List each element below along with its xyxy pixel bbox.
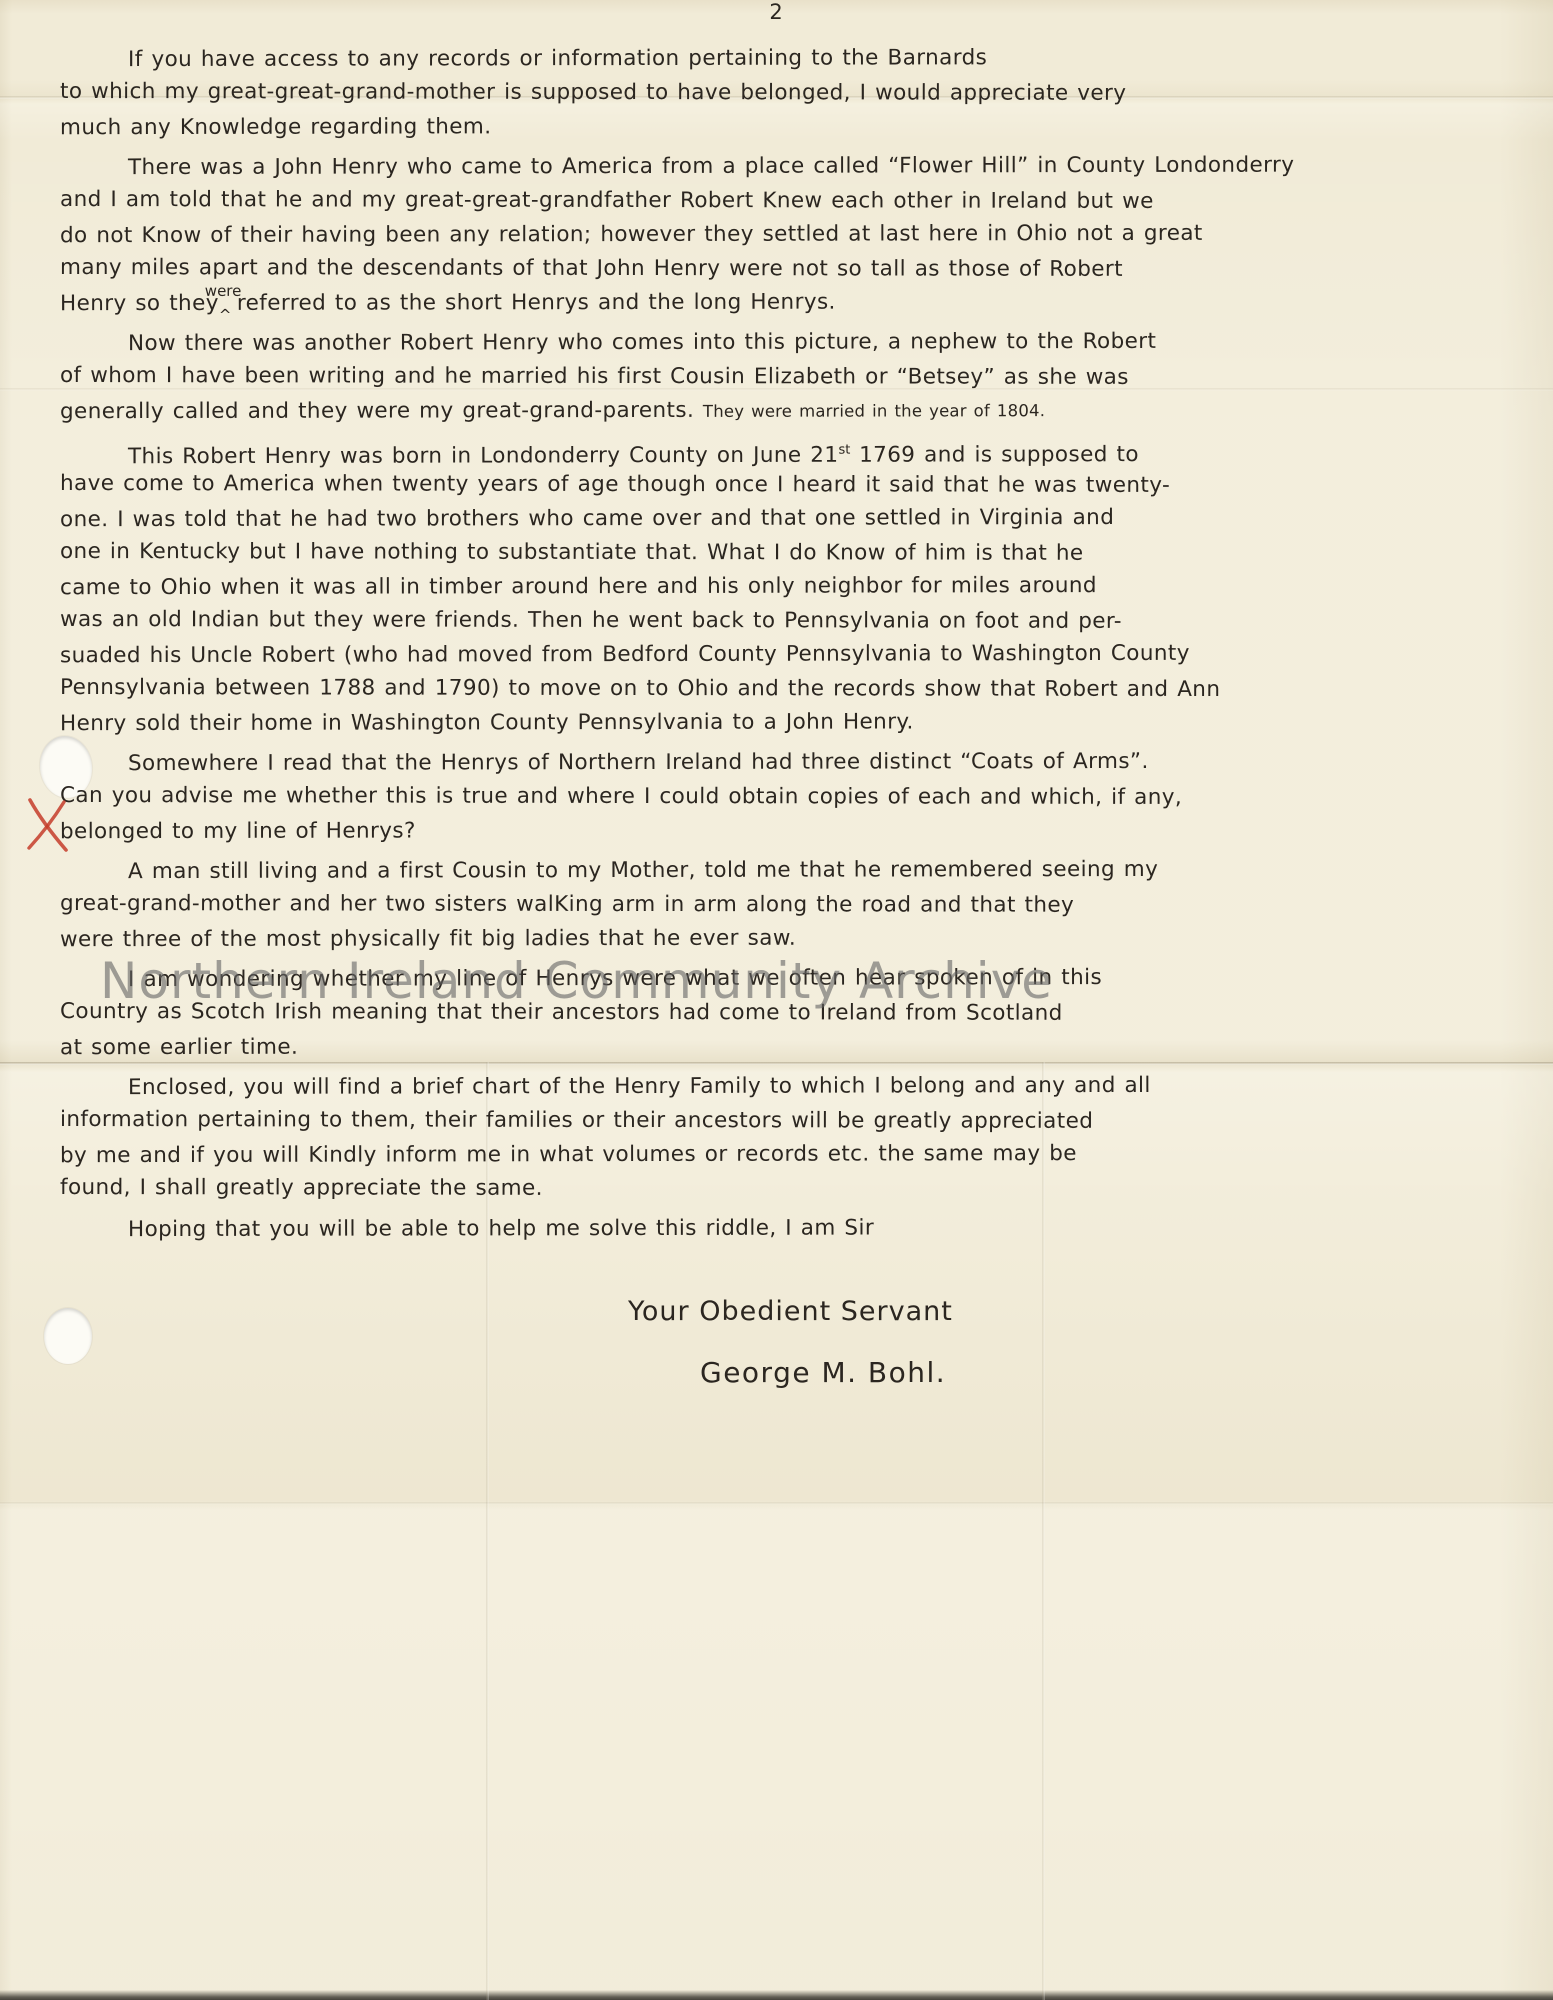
text-segment: much any Knowledge regarding them. <box>60 114 492 140</box>
letter-line: Enclosed, you will find a brief chart of… <box>60 1069 1220 1105</box>
text-segment: Pennsylvania between 1788 and 1790) to m… <box>60 675 1220 702</box>
text-segment: one. I was told that he had two brothers… <box>60 505 1114 532</box>
text-segment: Hoping that you will be able to help me … <box>128 1216 874 1243</box>
letter-line: If you have access to any records or inf… <box>60 41 1220 77</box>
text-segment: Henry so they <box>60 291 219 316</box>
letter-line: were three of the most physically fit bi… <box>60 921 1220 957</box>
text-segment: Henry sold their home in Washington Coun… <box>60 709 914 736</box>
letter-line: Pennsylvania between 1788 and 1790) to m… <box>60 671 1220 707</box>
letter-line: There was a John Henry who came to Ameri… <box>60 149 1220 185</box>
letter-line: Country as Scotch Irish meaning that the… <box>60 995 1220 1031</box>
page-number: 2 <box>0 0 1553 24</box>
letter-line: Henry sold their home in Washington Coun… <box>60 705 1220 741</box>
text-segment: Country as Scotch Irish meaning that the… <box>60 999 1063 1026</box>
text-segment: referred to as the short Henrys and the … <box>237 290 836 316</box>
text-segment: Can you advise me whether this is true a… <box>60 783 1182 810</box>
letter-line: Can you advise me whether this is true a… <box>60 779 1220 815</box>
text-segment: There was a John Henry who came to Ameri… <box>128 153 1294 180</box>
text-segment: great-grand-mother and her two sisters w… <box>60 891 1074 918</box>
closing-salutation: Your Obedient Servant <box>628 1296 953 1327</box>
text-segment: Somewhere I read that the Henrys of Nort… <box>128 749 1149 776</box>
letter-line: generally called and they were my great-… <box>60 393 1220 429</box>
letter-line: was an old Indian but they were friends.… <box>60 603 1220 639</box>
text-segment: one in Kentucky but I have nothing to su… <box>60 539 1084 566</box>
letter-line: Now there was another Robert Henry who c… <box>60 325 1220 361</box>
letter-line: much any Knowledge regarding them. <box>60 109 1220 145</box>
text-segment: generally called and they were my great-… <box>60 398 703 424</box>
text-segment: came to Ohio when it was all in timber a… <box>60 573 1097 600</box>
letter-line: Somewhere I read that the Henrys of Nort… <box>60 745 1220 781</box>
letter-line: suaded his Uncle Robert (who had moved f… <box>60 637 1220 673</box>
paragraph-2: There was a John Henry who came to Ameri… <box>60 150 1220 320</box>
text-segment: to which my great-great-grand-mother is … <box>60 79 1126 106</box>
letter-line: A man still living and a first Cousin to… <box>60 853 1220 889</box>
text-segment: A man still living and a first Cousin to… <box>128 857 1158 884</box>
letter-line: one. I was told that he had two brothers… <box>60 501 1220 537</box>
paragraph-8: Enclosed, you will find a brief chart of… <box>60 1070 1220 1206</box>
paragraph-5: Somewhere I read that the Henrys of Nort… <box>60 746 1220 848</box>
paragraph-9: Hoping that you will be able to help me … <box>60 1212 1220 1246</box>
text-segment: have come to America when twenty years o… <box>60 471 1170 498</box>
fold-crease-horizontal-lower <box>0 1502 1553 1505</box>
paragraph-7: I am wondering whether my line of Henrys… <box>60 962 1220 1064</box>
letter-line: This Robert Henry was born in Londonderr… <box>60 433 1220 469</box>
text-segment: Now there was another Robert Henry who c… <box>128 329 1156 356</box>
red-x-mark-icon <box>24 792 70 854</box>
letter-body: If you have access to any records or inf… <box>60 42 1220 1252</box>
text-segment: do not Know of their having been any rel… <box>60 221 1203 248</box>
text-segment: This Robert Henry was born in Londonderr… <box>128 443 838 469</box>
scanned-letter-page: { "page": { "page_number": "2", "waterma… <box>0 0 1553 2000</box>
letter-line: Henry so theywere^referred to as the sho… <box>60 285 1220 321</box>
letter-line: information pertaining to them, their fa… <box>60 1103 1220 1139</box>
paragraph-4: This Robert Henry was born in Londonderr… <box>60 434 1220 740</box>
text-segment: and I am told that he and my great-great… <box>60 187 1154 214</box>
text-segment: were three of the most physically fit bi… <box>60 926 796 953</box>
letter-line: I am wondering whether my line of Henrys… <box>60 961 1220 997</box>
letter-line: belonged to my line of Henrys? <box>60 813 1220 849</box>
letter-line: do not Know of their having been any rel… <box>60 217 1220 253</box>
text-segment: found, I shall greatly appreciate the sa… <box>60 1175 543 1201</box>
text-segment: information pertaining to them, their fa… <box>60 1107 1093 1134</box>
inserted-word-above-caret: were^ <box>219 300 237 310</box>
letter-line: and I am told that he and my great-great… <box>60 183 1220 219</box>
paragraph-3: Now there was another Robert Henry who c… <box>60 326 1220 428</box>
letter-line: to which my great-great-grand-mother is … <box>60 75 1220 111</box>
small-note-segment: They were married in the year of 1804. <box>703 401 1045 421</box>
letter-line: came to Ohio when it was all in timber a… <box>60 569 1220 605</box>
text-segment: belonged to my line of Henrys? <box>60 818 416 844</box>
letter-line: at some earlier time. <box>60 1029 1220 1065</box>
letter-line: of whom I have been writing and he marri… <box>60 359 1220 395</box>
letter-line: have come to America when twenty years o… <box>60 467 1220 503</box>
signature: George M. Bohl. <box>700 1356 946 1389</box>
punch-hole-bottom <box>44 1308 92 1364</box>
text-segment: Enclosed, you will find a brief chart of… <box>128 1073 1151 1100</box>
text-segment: If you have access to any records or inf… <box>128 45 987 72</box>
text-segment: suaded his Uncle Robert (who had moved f… <box>60 641 1190 668</box>
text-segment: st <box>838 443 850 458</box>
letter-line: great-grand-mother and her two sisters w… <box>60 887 1220 923</box>
letter-line: found, I shall greatly appreciate the sa… <box>60 1171 1220 1207</box>
text-segment: of whom I have been writing and he marri… <box>60 363 1129 390</box>
text-segment: by me and if you will Kindly inform me i… <box>60 1141 1077 1168</box>
text-segment: at some earlier time. <box>60 1035 298 1060</box>
paragraph-1: If you have access to any records or inf… <box>60 42 1220 144</box>
text-segment: I am wondering whether my line of Henrys… <box>128 965 1102 992</box>
text-segment: 1769 and is supposed to <box>850 442 1139 468</box>
letter-line: by me and if you will Kindly inform me i… <box>60 1137 1220 1173</box>
letter-line: Hoping that you will be able to help me … <box>60 1211 1220 1247</box>
letter-line: one in Kentucky but I have nothing to su… <box>60 535 1220 571</box>
paragraph-6: A man still living and a first Cousin to… <box>60 854 1220 956</box>
text-segment: was an old Indian but they were friends.… <box>60 607 1122 634</box>
